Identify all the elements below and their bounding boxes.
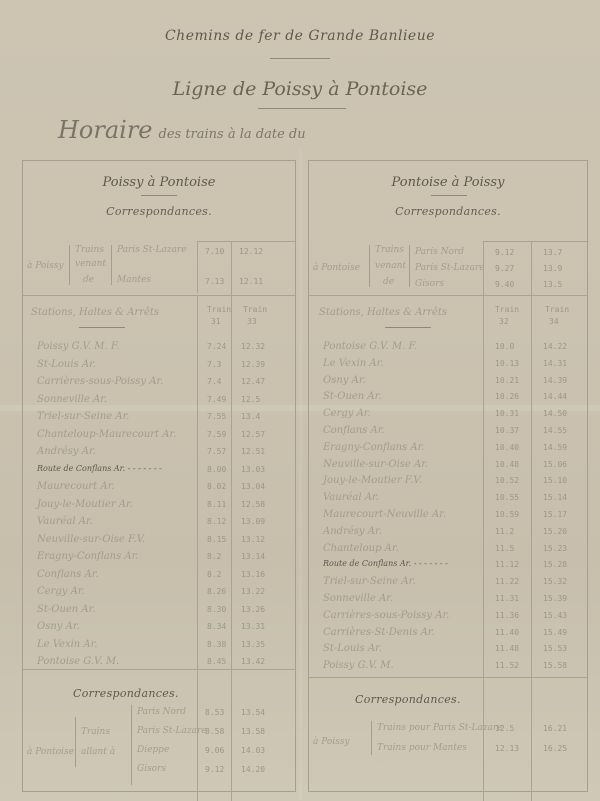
station-name: St-Louis Ar. <box>37 359 96 370</box>
station-name: Eragny-Conflans Ar. <box>323 442 425 453</box>
right-corr-bottom-label: Correspondances. <box>355 693 461 706</box>
brace <box>371 721 372 755</box>
station-time-train-1: 11.52 <box>495 661 519 670</box>
station-time-train-1: 8.26 <box>207 587 226 596</box>
station-time-train-2: 13.14 <box>241 552 265 561</box>
station-time-train-1: 11.36 <box>495 611 519 620</box>
station-time-train-2: 12.57 <box>241 430 265 439</box>
station-name: Osny Ar. <box>323 375 366 386</box>
station-time-train-2: 12.47 <box>241 377 265 386</box>
panel-poissy-pontoise: Poissy à Pontoise Correspondances. à Poi… <box>22 160 296 792</box>
station-name: Jouy-le-Moutier F.V. <box>323 475 422 486</box>
header-company: Chemins de fer de Grande Banlieue <box>0 28 600 44</box>
station-time-train-1: 8.11 <box>207 500 226 509</box>
correspondance-row-label: Paris St-Lazare <box>415 263 485 273</box>
right-corr-bottom-place: à Poissy <box>313 737 350 747</box>
station-time-train-2: 13.09 <box>241 517 265 526</box>
right-table-bottom <box>309 677 587 678</box>
station-time-train-2: 13.12 <box>241 535 265 544</box>
left-corr-top-label: Correspondances. <box>23 205 295 218</box>
correspondance-time-1: 8.53 <box>205 708 224 717</box>
station-time-train-2: 15.10 <box>543 476 567 485</box>
station-name: Le Vexin Ar. <box>323 358 384 369</box>
brace <box>131 705 132 785</box>
station-time-train-1: 7.57 <box>207 447 226 456</box>
left-corr-bottom-label: Correspondances. <box>73 687 179 700</box>
correspondance-row-label: Trains pour Mantes <box>377 743 467 753</box>
station-name: Route de Conflans Ar. - - - - - - - <box>37 464 162 473</box>
station-name: Vauréal Ar. <box>323 492 379 503</box>
station-time-train-1: 10.48 <box>495 460 519 469</box>
right-header-c2-top: Train <box>545 305 569 314</box>
left-title-underline <box>141 195 177 196</box>
left-corr-top-t1-1: 7.13 <box>205 277 224 286</box>
station-time-train-2: 13.16 <box>241 570 265 579</box>
station-time-train-2: 15.32 <box>543 577 567 586</box>
station-name: Conflans Ar. <box>37 569 99 580</box>
station-time-train-2: 15.53 <box>543 644 567 653</box>
left-corr-top-row-1: Mantes <box>117 275 151 285</box>
correspondance-time-2: 14.03 <box>241 746 265 755</box>
station-time-train-2: 15.06 <box>543 460 567 469</box>
right-corr-col-a-2: de <box>383 277 394 287</box>
left-corr-top-t2-0: 12.12 <box>239 247 263 256</box>
correspondance-time-2: 13.5 <box>543 280 562 289</box>
correspondance-row-label: Paris Nord <box>415 247 464 257</box>
correspondance-time-2: 13.54 <box>241 708 265 717</box>
header-horaire: Horairedes trains à la date du <box>58 116 306 144</box>
left-corr-top-t2-1: 12.11 <box>239 277 263 286</box>
station-time-train-2: 13.22 <box>241 587 265 596</box>
station-name: Chanteloup-Maurecourt Ar. <box>37 429 176 440</box>
panel-pontoise-poissy: Pontoise à Poissy Correspondances. à Pon… <box>308 160 588 792</box>
left-corr-col-a-2: de <box>83 275 94 285</box>
brace <box>409 245 410 287</box>
station-name: Vauréal Ar. <box>37 516 93 527</box>
station-name: Maurecourt Ar. <box>37 481 114 492</box>
station-time-train-1: 8.38 <box>207 640 226 649</box>
station-time-train-1: 8.12 <box>207 517 226 526</box>
right-panel-title: Pontoise à Poissy <box>309 175 587 190</box>
station-name: Osny Ar. <box>37 621 80 632</box>
station-time-train-2: 14.50 <box>543 409 567 418</box>
station-time-train-1: 10.40 <box>495 443 519 452</box>
station-name: Sonneville Ar. <box>37 394 107 405</box>
header-line-title: Ligne de Poissy à Pontoise <box>0 78 600 100</box>
station-name: Maurecourt-Neuville Ar. <box>323 509 446 520</box>
station-time-train-1: 10.26 <box>495 392 519 401</box>
station-name: Neuville-sur-Oise Ar. <box>323 459 428 470</box>
station-time-train-1: 10.55 <box>495 493 519 502</box>
right-header-c1-top: Train <box>495 305 519 314</box>
station-time-train-2: 13.4 <box>241 412 260 421</box>
station-name: Carrières-sous-Poissy Ar. <box>37 376 163 387</box>
left-header-c1-bot: 31 <box>211 317 221 326</box>
station-name: Chanteloup Ar. <box>323 543 399 554</box>
correspondance-row-label: Gisors <box>415 279 444 289</box>
station-time-train-2: 14.59 <box>543 443 567 452</box>
station-time-train-1: 8.2 <box>207 570 221 579</box>
station-time-train-2: 13.26 <box>241 605 265 614</box>
station-time-train-1: 10.0 <box>495 342 514 351</box>
station-time-train-2: 12.32 <box>241 342 265 351</box>
station-time-train-2: 13.35 <box>241 640 265 649</box>
right-col-station-divider <box>483 241 484 801</box>
station-time-train-2: 14.31 <box>543 359 567 368</box>
left-header-c1-top: Train <box>207 305 231 314</box>
station-name: St-Ouen Ar. <box>323 391 382 402</box>
station-time-train-1: 8.2 <box>207 552 221 561</box>
correspondance-time-1: 9.12 <box>495 248 514 257</box>
left-header-c2-bot: 33 <box>247 317 257 326</box>
right-table-header-top <box>309 295 587 296</box>
station-time-train-2: 14.22 <box>543 342 567 351</box>
brace <box>75 717 76 767</box>
station-time-train-2: 13.04 <box>241 482 265 491</box>
correspondance-time-2: 13.9 <box>543 264 562 273</box>
station-time-train-2: 15.39 <box>543 594 567 603</box>
station-name: Conflans Ar. <box>323 425 385 436</box>
station-name: Pontoise G.V. M. F. <box>323 341 417 352</box>
brace <box>369 245 370 287</box>
left-corr-col-a-0: Trains <box>75 245 104 255</box>
header-rule-2 <box>258 108 346 109</box>
left-corr-bottom-place: à Pontoise <box>27 747 74 757</box>
right-col-divider <box>531 241 532 801</box>
station-time-train-1: 8.30 <box>207 605 226 614</box>
station-time-train-1: 11.2 <box>495 527 514 536</box>
correspondance-time-2: 14.20 <box>241 765 265 774</box>
correspondance-row-label: Paris Nord <box>137 707 186 717</box>
header-horaire-rest: des trains à la date du <box>159 127 306 142</box>
station-name: Andrésy Ar. <box>323 526 382 537</box>
correspondance-time-1: 12.13 <box>495 744 519 753</box>
station-time-train-2: 15.58 <box>543 661 567 670</box>
right-header-c1-bot: 32 <box>499 317 509 326</box>
right-corr-box-top <box>483 241 587 242</box>
header-horaire-big: Horaire <box>58 116 153 144</box>
station-time-train-2: 13.42 <box>241 657 265 666</box>
left-corr-col-a-1: venant <box>75 259 106 269</box>
correspondance-row-label: Gisors <box>137 764 166 774</box>
station-name: Carrières-sous-Poissy Ar. <box>323 610 449 621</box>
correspondance-row-label: Dieppe <box>137 745 169 755</box>
station-name: St-Ouen Ar. <box>37 604 96 615</box>
correspondance-time-2: 13.7 <box>543 248 562 257</box>
station-time-train-1: 7.59 <box>207 430 226 439</box>
station-time-train-2: 15.20 <box>543 527 567 536</box>
station-time-train-2: 12.51 <box>241 447 265 456</box>
station-time-train-2: 15.14 <box>543 493 567 502</box>
station-name: Le Vexin Ar. <box>37 639 98 650</box>
station-name: Poissy G.V. M. <box>323 660 394 671</box>
right-corr-top-place: à Pontoise <box>313 263 360 273</box>
station-time-train-1: 11.12 <box>495 560 519 569</box>
station-time-train-1: 8.15 <box>207 535 226 544</box>
correspondance-time-1: 9.40 <box>495 280 514 289</box>
right-corr-col-a-0: Trains <box>375 245 404 255</box>
left-col-divider <box>231 241 232 801</box>
correspondance-time-2: 16.25 <box>543 744 567 753</box>
station-name: Sonneville Ar. <box>323 593 393 604</box>
station-time-train-2: 12.58 <box>241 500 265 509</box>
station-time-train-1: 8.02 <box>207 482 226 491</box>
correspondance-time-1: 9.06 <box>205 746 224 755</box>
left-header-c2-top: Train <box>243 305 267 314</box>
station-time-train-1: 8.34 <box>207 622 226 631</box>
station-time-train-1: 8.45 <box>207 657 226 666</box>
right-header-stations: Stations, Haltes & Arrêts <box>319 307 447 318</box>
left-corr-bottom-col-a-1: allant à <box>81 747 115 757</box>
station-time-train-1: 10.52 <box>495 476 519 485</box>
left-corr-col-1 <box>197 241 198 293</box>
station-time-train-2: 14.55 <box>543 426 567 435</box>
station-time-train-1: 7.3 <box>207 360 221 369</box>
station-time-train-2: 15.49 <box>543 628 567 637</box>
left-panel-title: Poissy à Pontoise <box>23 175 295 190</box>
station-name: Carrières-St-Denis Ar. <box>323 627 435 638</box>
station-time-train-1: 10.13 <box>495 359 519 368</box>
station-time-train-1: 11.48 <box>495 644 519 653</box>
left-corr-bottom-col-a-0: Trains <box>81 727 110 737</box>
station-name: Pontoise G.V. M. <box>37 656 119 667</box>
station-time-train-2: 15.23 <box>543 544 567 553</box>
station-time-train-1: 11.40 <box>495 628 519 637</box>
station-time-train-2: 13.03 <box>241 465 265 474</box>
station-time-train-1: 10.59 <box>495 510 519 519</box>
header-rule-1 <box>270 58 330 59</box>
right-header-c2-bot: 34 <box>549 317 559 326</box>
correspondance-time-1: 12.5 <box>495 724 514 733</box>
left-table-header-top <box>23 295 295 296</box>
station-name: Poissy G.V. M. F. <box>37 341 119 352</box>
correspondance-row-label: Trains pour Paris St-Lazare <box>377 723 503 733</box>
right-header-underline <box>385 327 431 328</box>
right-corr-col-a-1: venant <box>375 261 406 271</box>
left-table-bottom <box>23 669 295 670</box>
station-time-train-1: 7.49 <box>207 395 226 404</box>
station-time-train-1: 10.21 <box>495 376 519 385</box>
station-time-train-1: 11.5 <box>495 544 514 553</box>
left-corr-box-top <box>197 241 295 242</box>
station-time-train-2: 15.28 <box>543 560 567 569</box>
left-header-stations: Stations, Haltes & Arrêts <box>31 307 159 318</box>
station-time-train-1: 10.31 <box>495 409 519 418</box>
station-name: Cergy Ar. <box>323 408 371 419</box>
left-corr-top-place: à Poissy <box>27 261 64 271</box>
station-time-train-1: 11.31 <box>495 594 519 603</box>
correspondance-time-1: 8.58 <box>205 727 224 736</box>
station-name: Eragny-Conflans Ar. <box>37 551 139 562</box>
left-header-underline <box>79 327 125 328</box>
station-name: Neuville-sur-Oise F.V. <box>37 534 145 545</box>
station-time-train-2: 12.39 <box>241 360 265 369</box>
correspondance-time-2: 13.58 <box>241 727 265 736</box>
station-time-train-2: 14.44 <box>543 392 567 401</box>
correspondance-time-1: 9.27 <box>495 264 514 273</box>
fold-crease-vertical <box>299 150 302 800</box>
brace <box>69 245 70 285</box>
correspondance-time-2: 16.21 <box>543 724 567 733</box>
station-time-train-2: 13.31 <box>241 622 265 631</box>
station-time-train-2: 15.43 <box>543 611 567 620</box>
station-name: Route de Conflans Ar. - - - - - - - <box>323 559 448 568</box>
left-corr-top-row-0: Paris St-Lazare <box>117 245 187 255</box>
station-time-train-1: 7.24 <box>207 342 226 351</box>
station-time-train-2: 12.5 <box>241 395 260 404</box>
station-time-train-1: 11.22 <box>495 577 519 586</box>
correspondance-time-1: 9.12 <box>205 765 224 774</box>
station-name: Triel-sur-Seine Ar. <box>37 411 129 422</box>
station-name: Triel-sur-Seine Ar. <box>323 576 415 587</box>
station-name: Cergy Ar. <box>37 586 85 597</box>
left-corr-top-t1-0: 7.10 <box>205 247 224 256</box>
station-time-train-1: 7.55 <box>207 412 226 421</box>
station-time-train-2: 14.39 <box>543 376 567 385</box>
station-name: Andrésy Ar. <box>37 446 96 457</box>
station-name: Jouy-le-Moutier Ar. <box>37 499 133 510</box>
right-corr-top-label: Correspondances. <box>309 205 587 218</box>
brace <box>111 245 112 285</box>
station-time-train-1: 10.37 <box>495 426 519 435</box>
right-title-underline <box>431 195 467 196</box>
station-time-train-1: 7.4 <box>207 377 221 386</box>
station-time-train-2: 15.17 <box>543 510 567 519</box>
correspondance-row-label: Paris St-Lazare <box>137 726 207 736</box>
station-name: St-Louis Ar. <box>323 643 382 654</box>
station-time-train-1: 8.00 <box>207 465 226 474</box>
